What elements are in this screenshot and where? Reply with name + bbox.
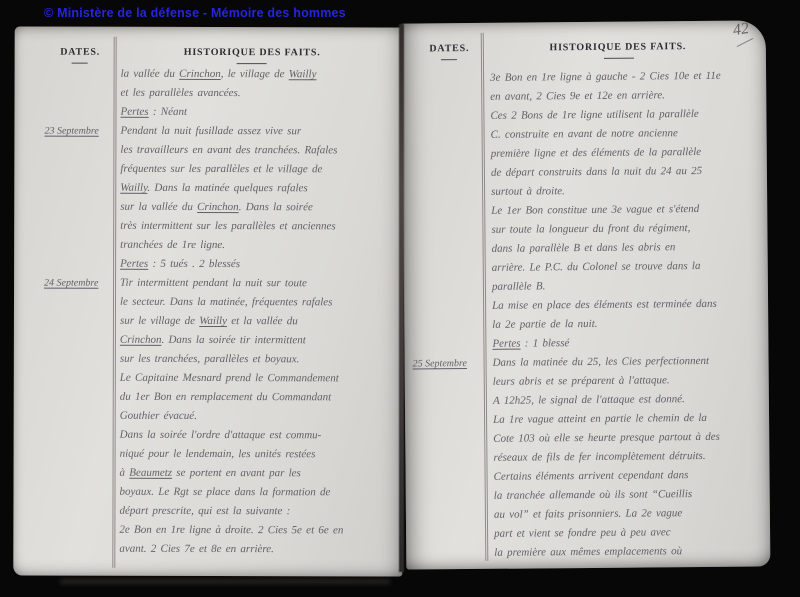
entry-line: Gouthier évacué. — [14, 406, 403, 426]
entry-text: boyaux. Le Rgt se place dans la formatio… — [119, 483, 396, 503]
entry-text: Le Capitaine Mesnard prend le Commandeme… — [120, 369, 397, 389]
entry-text: première ligne et des éléments de la par… — [491, 142, 761, 163]
entry-date: 24 Septembre — [44, 274, 118, 293]
entry-line: Dans la soirée l'ordre d'attaque est com… — [14, 425, 403, 445]
entry-text: Gouthier évacué. — [120, 407, 397, 427]
entry-text: Pertes : 5 tués . 2 blessés — [120, 255, 397, 275]
right-page: DATES. HISTORIQUE DES FAITS. 3e Bon en 1… — [402, 20, 771, 569]
entry-line: du 1er Bon en remplacement du Commandant — [14, 387, 403, 407]
entry-text: Pertes : Néant — [120, 103, 397, 123]
entry-text: les travailleurs en avant des tranchées.… — [120, 141, 397, 161]
dates-header-underline — [441, 59, 457, 60]
entry-line: sur la vallée du Crinchon. Dans la soiré… — [14, 197, 403, 217]
entry-text: Dans la soirée l'ordre d'attaque est com… — [120, 426, 397, 446]
entry-text: et les parallèles avancées. — [121, 84, 398, 104]
entry-line: fréquentes sur les parallèles et le vill… — [14, 159, 403, 179]
copyright-text: © Ministère de la défense - Mémoire des … — [44, 6, 346, 20]
entry-text: tranchées de 1re ligne. — [120, 236, 397, 256]
entry-text: sur le village de Wailly et la vallée du — [120, 312, 397, 332]
entry-text: Crinchon. Dans la soirée tir intermitten… — [120, 331, 397, 351]
entry-line: avant. 2 Cies 7e et 8e en arrière. — [13, 539, 402, 559]
entry-line: sur les tranchées, parallèles et boyaux. — [14, 349, 403, 369]
entry-text: du 1er Bon en remplacement du Commandant — [120, 388, 397, 408]
entry-text: surtout à droite. — [491, 180, 761, 201]
entry-text: la première aux mêmes emplacements où — [494, 541, 764, 562]
entry-line: sur le village de Wailly et la vallée du — [14, 311, 403, 331]
entry-line: Le Capitaine Mesnard prend le Commandeme… — [14, 368, 403, 388]
document-scan: © Ministère de la défense - Mémoire des … — [0, 0, 800, 597]
entry-text: en avant, 2 Cies 9e et 12e en arrière. — [490, 85, 760, 106]
entry-text: La 1re vague atteint en partie le chemin… — [493, 408, 763, 429]
entry-line: niqué pour le lendemain, les unités rest… — [14, 444, 403, 464]
entry-text: La mise en place des éléments est termin… — [492, 294, 762, 315]
facts-column-header: HISTORIQUE DES FAITS. — [121, 47, 384, 59]
entry-text: fréquentes sur les parallèles et le vill… — [120, 160, 397, 180]
entry-line: et les parallèles avancées. — [15, 83, 404, 103]
entry-text: au vol” et faits prisonniers. La 2e vagu… — [494, 503, 764, 524]
entry-text: départ prescrite, qui est la suivante : — [119, 502, 396, 522]
entry-text: Le 1er Bon constitue une 3e vague et s'é… — [491, 199, 761, 220]
entry-text: Pertes : 1 blessé — [492, 332, 762, 353]
facts-header-underline — [237, 63, 267, 64]
entry-text: parallèle B. — [492, 275, 762, 296]
dates-header-underline — [72, 63, 88, 64]
dates-column-header: DATES. — [410, 43, 489, 55]
left-page: DATES. HISTORIQUE DES FAITS. la vallée d… — [13, 26, 403, 576]
entry-line: à Beaumetz se portent en avant par les — [14, 463, 403, 483]
entry-text: la 2e partie de la nuit. — [492, 313, 762, 334]
entry-text: Wailly. Dans la matinée quelques rafales — [120, 179, 397, 199]
entry-text: Ces 2 Bons de 1re ligne utilisent la par… — [490, 104, 760, 125]
entry-text: avant. 2 Cies 7e et 8e en arrière. — [119, 540, 396, 560]
entry-line: 2e Bon en 1re ligne à droite. 2 Cies 5e … — [13, 520, 402, 540]
facts-header-underline — [604, 58, 634, 59]
entry-text: Dans la matinée du 25, les Cies perfecti… — [493, 351, 763, 372]
entry-line: départ prescrite, qui est la suivante : — [13, 501, 402, 521]
entry-line: tranchées de 1re ligne. — [14, 235, 403, 255]
right-page-entries: 3e Bon en 1re ligne à gauche - 2 Cies 10… — [402, 66, 770, 563]
entry-text: dans la parallèle B et dans les abris en — [492, 237, 762, 258]
entry-date: 25 Septembre — [413, 354, 487, 374]
entry-text: part et vient se fondre peu à peu avec — [494, 522, 764, 543]
entry-line: Pertes : 5 tués . 2 blessés — [14, 254, 403, 274]
entry-text: Cote 103 où elle se heurte presque parto… — [493, 427, 763, 448]
entry-date: 23 Septembre — [44, 122, 118, 141]
page-number: 42 — [732, 21, 750, 39]
entry-line: Crinchon. Dans la soirée tir intermitten… — [14, 330, 403, 350]
entry-text: Certains éléments arrivent cependant dan… — [494, 465, 764, 486]
entry-text: à Beaumetz se portent en avant par les — [120, 464, 397, 484]
entry-text: 3e Bon en 1re ligne à gauche - 2 Cies 10… — [490, 66, 760, 87]
entry-text: Pendant la nuit fusillade assez vive sur — [120, 122, 397, 142]
entry-text: arrière. Le P.C. du Colonel se trouve da… — [492, 256, 762, 277]
page-gutter-shadow — [399, 24, 404, 572]
entry-text: niqué pour le lendemain, les unités rest… — [120, 445, 397, 465]
entry-text: la tranchée allemande où ils sont “Cueil… — [494, 484, 764, 505]
entry-line: boyaux. Le Rgt se place dans la formatio… — [13, 482, 402, 502]
facts-column-header: HISTORIQUE DES FAITS. — [490, 41, 746, 54]
entry-line: 24 Septembre Tir intermittent pendant la… — [14, 273, 403, 293]
entry-line: le secteur. Dans la matinée, fréquentes … — [14, 292, 403, 312]
entry-text: A 12h25, le signal de l'attaque est donn… — [493, 389, 763, 410]
left-page-entries: la vallée du Crinchon, le village de Wai… — [13, 64, 403, 559]
entry-text: sur les tranchées, parallèles et boyaux. — [120, 350, 397, 370]
entry-text: C. construite en avant de notre ancienne — [491, 123, 761, 144]
entry-line: la première aux mêmes emplacements où — [406, 541, 770, 563]
scan-table-edge — [60, 579, 390, 584]
entry-line: 23 Septembre Pendant la nuit fusillade a… — [14, 121, 403, 141]
entry-text: leurs abris et se préparent à l'attaque. — [493, 370, 763, 391]
entry-line: très intermittent sur les parallèles et … — [14, 216, 403, 236]
entry-line: les travailleurs en avant des tranchées.… — [14, 140, 403, 160]
entry-line: Wailly. Dans la matinée quelques rafales — [14, 178, 403, 198]
entry-text: très intermittent sur les parallèles et … — [120, 217, 397, 237]
entry-line: la vallée du Crinchon, le village de Wai… — [15, 64, 404, 84]
entry-text: la vallée du Crinchon, le village de Wai… — [121, 65, 398, 85]
entry-text: sur la vallée du Crinchon. Dans la soiré… — [120, 198, 397, 218]
entry-text: de départ construits dans la nuit du 24 … — [491, 161, 761, 182]
entry-text: Tir intermittent pendant la nuit sur tou… — [120, 274, 397, 294]
entry-text: sur toute la longueur du front du régime… — [491, 218, 761, 239]
entry-text: le secteur. Dans la matinée, fréquentes … — [120, 293, 397, 313]
entry-text: réseaux de fils de fer incomplètement dé… — [493, 446, 763, 467]
entry-line: Pertes : Néant — [14, 102, 403, 122]
entry-text: 2e Bon en 1re ligne à droite. 2 Cies 5e … — [119, 521, 396, 541]
